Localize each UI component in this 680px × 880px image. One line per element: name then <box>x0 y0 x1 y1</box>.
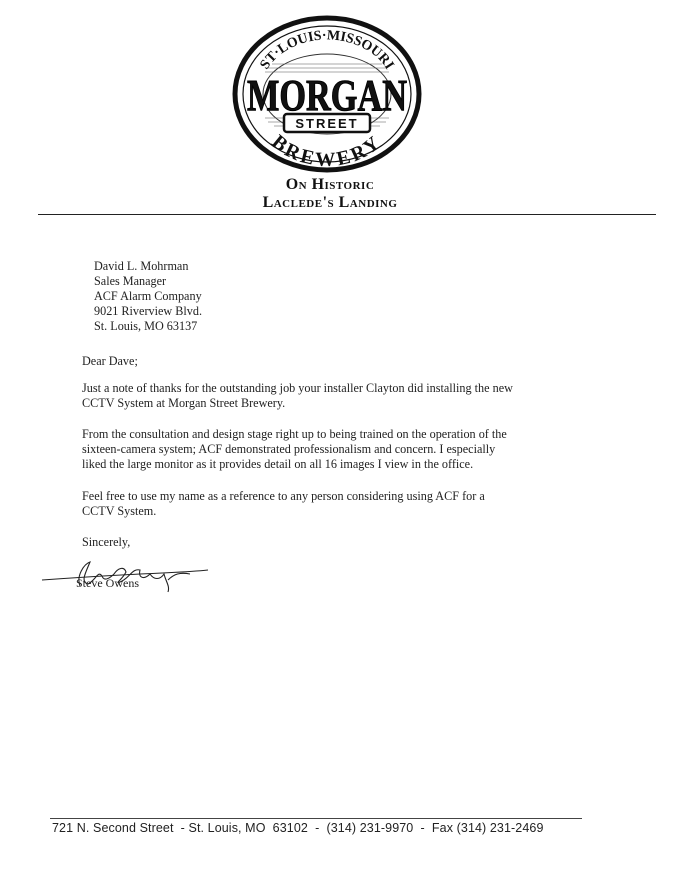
closing: Sincerely, <box>82 535 130 550</box>
recipient-name: David L. Mohrman <box>94 259 202 274</box>
svg-text:STREET: STREET <box>295 116 358 131</box>
svg-text:MORGAN: MORGAN <box>247 71 407 120</box>
signer-name: Steve Owens <box>76 576 139 591</box>
tagline-historic: On Historic <box>0 176 660 194</box>
footer-divider <box>50 818 582 819</box>
recipient-company: ACF Alarm Company <box>94 289 202 304</box>
body-paragraph-1: Just a note of thanks for the outstandin… <box>82 381 602 411</box>
salutation: Dear Dave; <box>82 354 138 369</box>
recipient-title: Sales Manager <box>94 274 202 289</box>
svg-text:BREWERY: BREWERY <box>268 131 387 171</box>
recipient-street: 9021 Riverview Blvd. <box>94 304 202 319</box>
header-divider <box>38 214 656 215</box>
tagline-laclede: Laclede's Landing <box>0 194 660 212</box>
morgan-street-brewery-logo: ST·LOUIS·MISSOURI MORGAN STREET BREWERY <box>232 14 422 174</box>
recipient-city: St. Louis, MO 63137 <box>94 319 202 334</box>
recipient-address: David L. Mohrman Sales Manager ACF Alarm… <box>94 259 202 334</box>
footer-contact: 721 N. Second Street - St. Louis, MO 631… <box>52 821 544 835</box>
body-paragraph-3: Feel free to use my name as a reference … <box>82 489 602 519</box>
body-paragraph-2: From the consultation and design stage r… <box>82 427 602 472</box>
